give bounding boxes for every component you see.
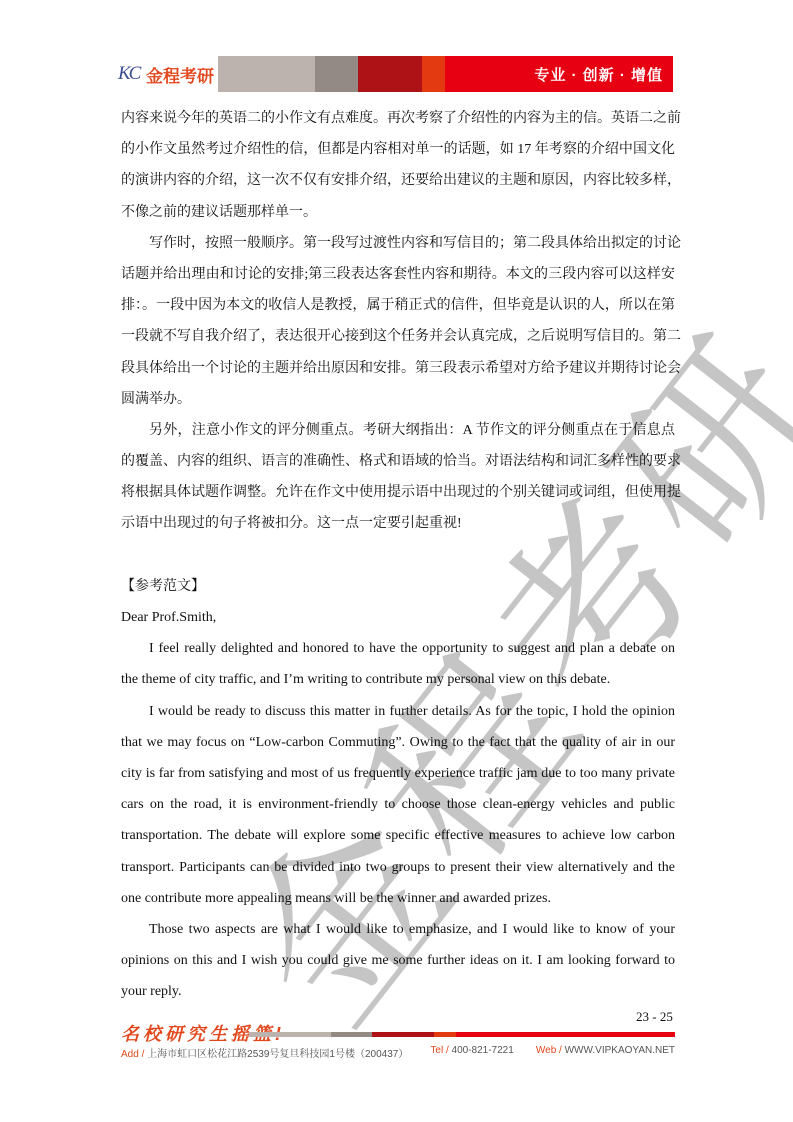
- text-line: transportation. The debate will explore …: [121, 820, 675, 851]
- document-body: 内容来说今年的英语二的小作文有点难度。再次考察了介绍性的内容为主的信。英语二之前…: [121, 103, 675, 1007]
- text-line: opinions on this and I wish you could gi…: [121, 945, 675, 976]
- text-line: cars on the road, it is environment-frie…: [121, 789, 675, 820]
- footer-bar-segment-light-gray: [249, 1032, 331, 1037]
- text-line: one contribute more appealing means will…: [121, 883, 675, 914]
- text-line: 不像之前的建议话题那样单一。: [121, 197, 675, 228]
- text-line: 段具体给出一个讨论的主题并给出原因和安排。第三段表示希望对方给予建议并期待讨论会: [121, 353, 675, 384]
- text-line: I would be ready to discuss this matter …: [121, 696, 675, 727]
- text-line: 将根据具体试题作调整。允许在作文中使用提示语中出现过的个别关键词或词组，但使用提: [121, 477, 675, 508]
- paragraph-3: 另外，注意小作文的评分侧重点。考研大纲指出：A 节作文的评分侧重点在于信息点 的…: [121, 415, 675, 540]
- essay-paragraph-3: Those two aspects are what I would like …: [121, 914, 675, 1008]
- text-line: Those two aspects are what I would like …: [121, 914, 675, 945]
- footer-bar-segment-red: [456, 1032, 675, 1037]
- footer-tel: Tel / 400-821-7221: [430, 1045, 513, 1060]
- text-line: 圆满举办。: [121, 384, 675, 415]
- text-line: 话题并给出理由和讨论的安排;第三段表达客套性内容和期待。本文的三段内容可以这样安: [121, 259, 675, 290]
- text-line: that we may focus on “Low-carbon Commuti…: [121, 727, 675, 758]
- text-line: 的演讲内容的介绍，这一次不仅有安排介绍，还要给出建议的主题和原因，内容比较多样，: [121, 165, 675, 196]
- header-bar-segment-dark-red: [358, 56, 422, 92]
- footer-web: Web / WWW.VIPKAOYAN.NET: [536, 1045, 675, 1060]
- footer-contact-info: Add / 上海市虹口区松花江路2539号复旦科技园1号楼（200437） Te…: [121, 1045, 675, 1060]
- paragraph-2: 写作时，按照一般顺序。第一段写过渡性内容和写信目的；第二段具体给出拟定的讨论 话…: [121, 228, 675, 415]
- page-number: 23 - 25: [636, 1009, 673, 1025]
- spacer: [121, 540, 675, 571]
- footer-bar-segment-dark-gray: [331, 1032, 372, 1037]
- text-line: 另外，注意小作文的评分侧重点。考研大纲指出：A 节作文的评分侧重点在于信息点: [121, 415, 675, 446]
- logo-mark-icon: KC: [118, 63, 144, 85]
- footer-color-bar: [249, 1032, 675, 1037]
- essay-paragraph-2: I would be ready to discuss this matter …: [121, 696, 675, 914]
- essay-paragraph-1: I feel really delighted and honored to h…: [121, 633, 675, 695]
- brand-logo: KC 金程考研: [118, 56, 218, 92]
- header-bar-segment-light-gray: [218, 56, 315, 92]
- page-header: KC 金程考研 专业 · 创新 · 增值: [118, 56, 673, 92]
- header-bar-segment-dark-gray: [315, 56, 358, 92]
- text-line: 的小作文虽然考过介绍性的信，但都是内容相对单一的话题，如 17 年考察的介绍中国…: [121, 134, 675, 165]
- text-line: 写作时，按照一般顺序。第一段写过渡性内容和写信目的；第二段具体给出拟定的讨论: [121, 228, 675, 259]
- header-bar-segment-orange: [422, 56, 445, 92]
- text-line: the theme of city traffic, and I’m writi…: [121, 664, 675, 695]
- text-line: 排：。一段中因为本文的收信人是教授，属于稍正式的信件，但毕竟是认识的人，所以在第: [121, 290, 675, 321]
- text-line: 内容来说今年的英语二的小作文有点难度。再次考察了介绍性的内容为主的信。英语二之前: [121, 103, 675, 134]
- section-title: 【参考范文】: [121, 571, 675, 602]
- text-line: I feel really delighted and honored to h…: [121, 633, 675, 664]
- logo-text: 金程考研: [146, 62, 214, 87]
- footer-bar-segment-dark-red: [372, 1032, 434, 1037]
- text-line: your reply.: [121, 976, 675, 1007]
- text-line: 的覆盖、内容的组织、语言的准确性、格式和语域的恰当。对语法结构和词汇多样性的要求: [121, 446, 675, 477]
- text-line: 一段就不写自我介绍了，表达很开心接到这个任务并会认真完成，之后说明写信目的。第二: [121, 321, 675, 352]
- letter-salutation: Dear Prof.Smith,: [121, 602, 675, 633]
- text-line: city is far from satisfying and most of …: [121, 758, 675, 789]
- paragraph-1: 内容来说今年的英语二的小作文有点难度。再次考察了介绍性的内容为主的信。英语二之前…: [121, 103, 675, 228]
- header-slogan: 专业 · 创新 · 增值: [445, 56, 673, 92]
- text-line: transport. Participants can be divided i…: [121, 852, 675, 883]
- text-line: 示语中出现过的句子将被扣分。这一点一定要引起重视!: [121, 508, 675, 539]
- footer-address: Add / 上海市虹口区松花江路2539号复旦科技园1号楼（200437）: [121, 1045, 408, 1060]
- footer-bar-segment-orange: [434, 1032, 456, 1037]
